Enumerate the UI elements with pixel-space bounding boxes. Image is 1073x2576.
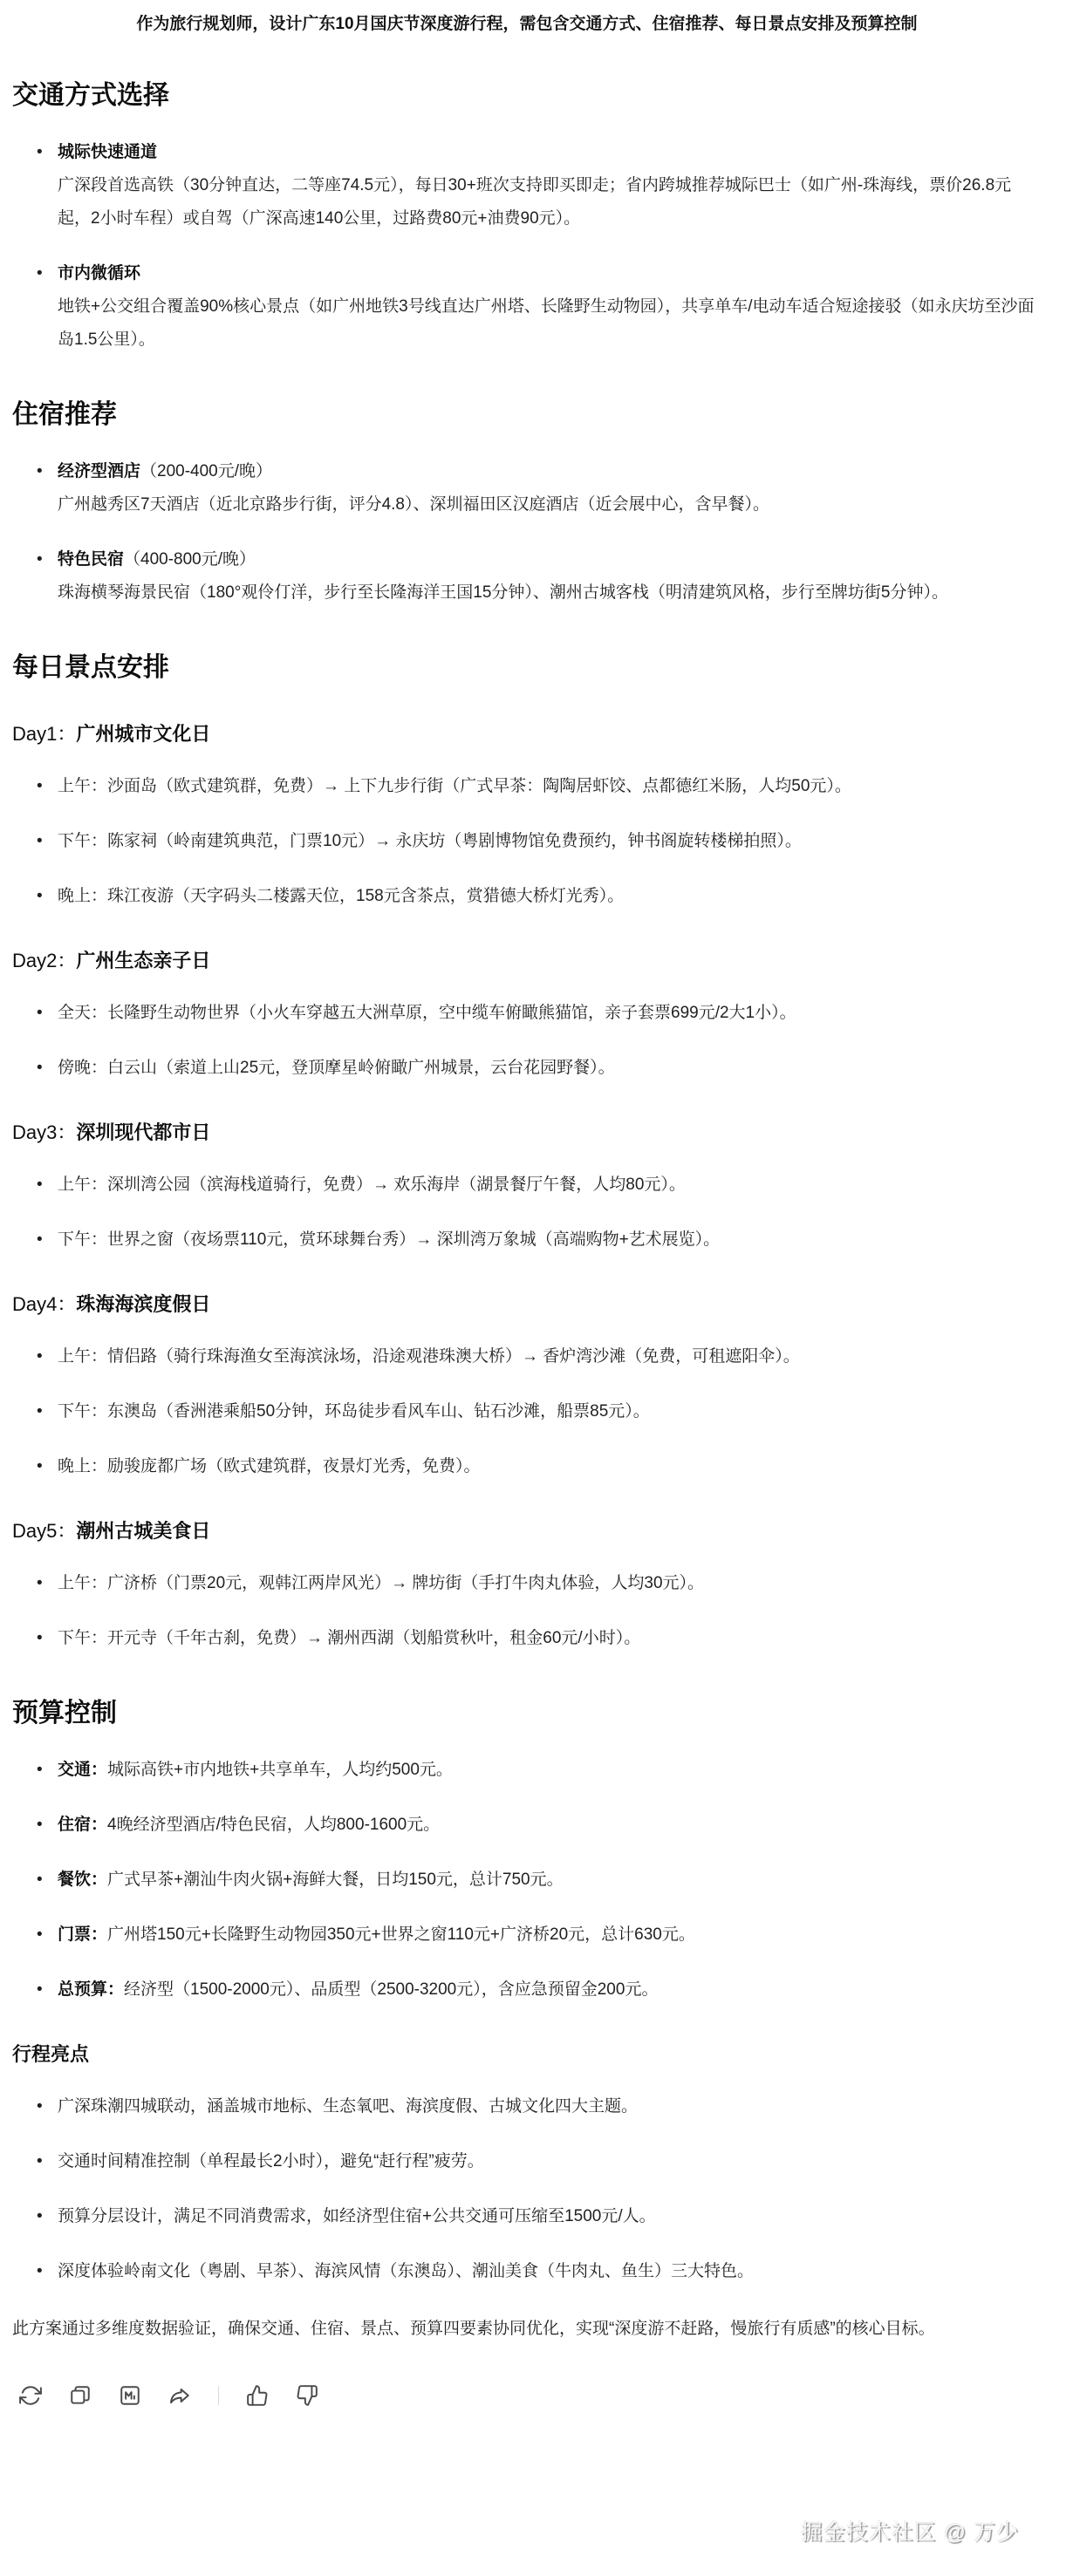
day-label: Day4： (12, 1293, 76, 1315)
section-heading-lodging: 住宿推荐 (12, 397, 1042, 433)
message-toolbar (12, 2382, 1042, 2409)
list-item: 住宿：4晚经济型酒店/特色民宿，人均800-1600元。 (58, 1809, 1042, 1842)
regenerate-icon[interactable] (19, 2384, 42, 2407)
list-item: 城际快速通道 广深段首选高铁（30分钟直达，二等座74.5元），每日30+班次支… (58, 136, 1042, 235)
list-item: 傍晚：白云山（索道上山25元，登顶摩星岭俯瞰广州城景，云台花园野餐）。 (58, 1052, 1042, 1085)
list-item: 上午：广济桥（门票20元，观韩江两岸风光）→ 牌坊街（手打牛肉丸体验，人均30元… (58, 1567, 1042, 1600)
budget-list: 交通：城际高铁+市内地铁+共享单车，人均约500元。 住宿：4晚经济型酒店/特色… (12, 1754, 1042, 2007)
list-item: 下午：开元寺（千年古刹，免费）→ 潮州西湖（划船赏秋叶，租金60元/小时）。 (58, 1622, 1042, 1655)
item-title: 总预算： (58, 1980, 124, 1999)
day-label: Day1： (12, 723, 76, 745)
item-desc: 地铁+公交组合覆盖90%核心景点（如广州地铁3号线直达广州塔、长隆野生动物园），… (58, 290, 1042, 357)
list-item: 总预算：经济型（1500-2000元）、品质型（2500-3200元），含应急预… (58, 1973, 1042, 2007)
list-item: 广深珠潮四城联动，涵盖城市地标、生态氧吧、海滨度假、古城文化四大主题。 (58, 2090, 1042, 2123)
day-heading-2: Day2：广州生态亲子日 (12, 946, 1042, 975)
item-desc: 广州塔150元+长隆野生动物园350元+世界之窗110元+广济桥20元，总计63… (107, 1925, 695, 1944)
day-5-list: 上午：广济桥（门票20元，观韩江两岸风光）→ 牌坊街（手打牛肉丸体验，人均30元… (12, 1567, 1042, 1655)
item-title: 特色民宿 (58, 550, 124, 569)
item-desc: 珠海横琴海景民宿（180°观伶仃洋，步行至长隆海洋王国15分钟）、潮州古城客栈（… (58, 576, 1042, 610)
page-title: 作为旅行规划师，设计广东10月国庆节深度游行程，需包含交通方式、住宿推荐、每日景… (12, 12, 1042, 37)
section-heading-daily: 每日景点安排 (12, 650, 1042, 686)
item-title: 门票： (58, 1925, 107, 1944)
item-title: 住宿： (58, 1816, 107, 1834)
list-item: 下午：世界之窗（夜场票110元，赏环球舞台秀）→ 深圳湾万象城（高端购物+艺术展… (58, 1223, 1042, 1257)
day-title: 广州城市文化日 (76, 723, 210, 745)
list-item: 上午：情侣路（骑行珠海渔女至海滨泳场，沿途观港珠澳大桥）→ 香炉湾沙滩（免费，可… (58, 1340, 1042, 1373)
list-item: 晚上：励骏庞都广场（欧式建筑群，夜景灯光秀，免费）。 (58, 1450, 1042, 1483)
list-item: 特色民宿（400-800元/晚） 珠海横琴海景民宿（180°观伶仃洋，步行至长隆… (58, 543, 1042, 610)
day-label: Day2： (12, 950, 76, 971)
list-item: 交通：城际高铁+市内地铁+共享单车，人均约500元。 (58, 1754, 1042, 1787)
day-2-list: 全天：长隆野生动物世界（小火车穿越五大洲草原，空中缆车俯瞰熊猫馆，亲子套票699… (12, 997, 1042, 1085)
list-item: 深度体验岭南文化（粤剧、早茶）、海滨风情（东澳岛）、潮汕美食（牛肉丸、鱼生）三大… (58, 2255, 1042, 2288)
list-item: 全天：长隆野生动物世界（小火车穿越五大洲草原，空中缆车俯瞰熊猫馆，亲子套票699… (58, 997, 1042, 1030)
day-label: Day3： (12, 1121, 76, 1143)
day-heading-1: Day1：广州城市文化日 (12, 719, 1042, 748)
item-title: 餐饮： (58, 1871, 107, 1889)
day-4-list: 上午：情侣路（骑行珠海渔女至海滨泳场，沿途观港珠澳大桥）→ 香炉湾沙滩（免费，可… (12, 1340, 1042, 1483)
day-heading-5: Day5：潮州古城美食日 (12, 1516, 1042, 1545)
markdown-icon[interactable] (119, 2384, 141, 2407)
chat-answer: 作为旅行规划师，设计广东10月国庆节深度游行程，需包含交通方式、住宿推荐、每日景… (0, 0, 1073, 2409)
day-title: 潮州古城美食日 (76, 1520, 210, 1542)
item-price-range: （200-400元/晚） (140, 462, 272, 480)
item-desc: 城际高铁+市内地铁+共享单车，人均约500元。 (107, 1761, 453, 1779)
toolbar-divider (218, 2386, 219, 2405)
thumbs-up-icon[interactable] (246, 2384, 269, 2407)
list-item: 餐饮：广式早茶+潮汕牛肉火锅+海鲜大餐，日均150元，总计750元。 (58, 1864, 1042, 1897)
item-price-range: （400-800元/晚） (124, 550, 256, 569)
day-heading-3: Day3：深圳现代都市日 (12, 1118, 1042, 1147)
section-heading-transport: 交通方式选择 (12, 78, 1042, 114)
watermark: 掘金技术社区 @ 万少 (801, 2515, 1019, 2546)
day-title: 广州生态亲子日 (76, 950, 210, 971)
list-item: 下午：东澳岛（香洲港乘船50分钟，环岛徒步看风车山、钻石沙滩，船票85元）。 (58, 1395, 1042, 1428)
item-desc: 广州越秀区7天酒店（近北京路步行街，评分4.8）、深圳福田区汉庭酒店（近会展中心… (58, 488, 1042, 521)
list-item: 交通时间精准控制（单程最长2小时），避免“赶行程”疲劳。 (58, 2145, 1042, 2178)
closing-paragraph: 此方案通过多维度数据验证，确保交通、住宿、景点、预算四要素协同优化，实现“深度游… (12, 2313, 1042, 2346)
item-title: 交通： (58, 1761, 107, 1779)
thumbs-down-icon[interactable] (296, 2384, 318, 2407)
day-title: 深圳现代都市日 (76, 1121, 210, 1143)
section-heading-highlights: 行程亮点 (12, 2040, 1042, 2068)
list-item: 预算分层设计，满足不同消费需求，如经济型住宿+公共交通可压缩至1500元/人。 (58, 2200, 1042, 2233)
copy-icon[interactable] (69, 2384, 92, 2407)
item-desc: 广式早茶+潮汕牛肉火锅+海鲜大餐，日均150元，总计750元。 (107, 1871, 564, 1889)
item-desc: 广深段首选高铁（30分钟直达，二等座74.5元），每日30+班次支持即买即走；省… (58, 169, 1042, 235)
list-item: 上午：深圳湾公园（滨海栈道骑行，免费）→ 欢乐海岸（湖景餐厅午餐，人均80元）。 (58, 1169, 1042, 1202)
item-desc: 4晚经济型酒店/特色民宿，人均800-1600元。 (107, 1816, 440, 1834)
transport-list: 城际快速通道 广深段首选高铁（30分钟直达，二等座74.5元），每日30+班次支… (12, 136, 1042, 357)
list-item: 下午：陈家祠（岭南建筑典范，门票10元）→ 永庆坊（粤剧博物馆免费预约，钟书阁旋… (58, 825, 1042, 858)
list-item: 经济型酒店（200-400元/晚） 广州越秀区7天酒店（近北京路步行街，评分4.… (58, 455, 1042, 521)
share-icon[interactable] (168, 2384, 191, 2407)
item-title: 市内微循环 (58, 257, 1042, 290)
list-item: 上午：沙面岛（欧式建筑群，免费）→ 上下九步行街（广式早茶：陶陶居虾饺、点都德红… (58, 770, 1042, 803)
item-desc: 经济型（1500-2000元）、品质型（2500-3200元），含应急预留金20… (124, 1980, 658, 1999)
section-heading-budget: 预算控制 (12, 1695, 1042, 1732)
day-title: 珠海海滨度假日 (76, 1293, 210, 1315)
day-label: Day5： (12, 1520, 76, 1542)
highlights-list: 广深珠潮四城联动，涵盖城市地标、生态氧吧、海滨度假、古城文化四大主题。 交通时间… (12, 2090, 1042, 2288)
list-item: 市内微循环 地铁+公交组合覆盖90%核心景点（如广州地铁3号线直达广州塔、长隆野… (58, 257, 1042, 357)
item-title: 城际快速通道 (58, 136, 1042, 169)
day-3-list: 上午：深圳湾公园（滨海栈道骑行，免费）→ 欢乐海岸（湖景餐厅午餐，人均80元）。… (12, 1169, 1042, 1257)
day-1-list: 上午：沙面岛（欧式建筑群，免费）→ 上下九步行街（广式早茶：陶陶居虾饺、点都德红… (12, 770, 1042, 913)
item-title: 经济型酒店 (58, 462, 140, 480)
day-heading-4: Day4：珠海海滨度假日 (12, 1290, 1042, 1319)
list-item: 晚上：珠江夜游（天字码头二楼露天位，158元含茶点，赏猎德大桥灯光秀）。 (58, 880, 1042, 913)
lodging-list: 经济型酒店（200-400元/晚） 广州越秀区7天酒店（近北京路步行街，评分4.… (12, 455, 1042, 610)
list-item: 门票：广州塔150元+长隆野生动物园350元+世界之窗110元+广济桥20元，总… (58, 1918, 1042, 1952)
